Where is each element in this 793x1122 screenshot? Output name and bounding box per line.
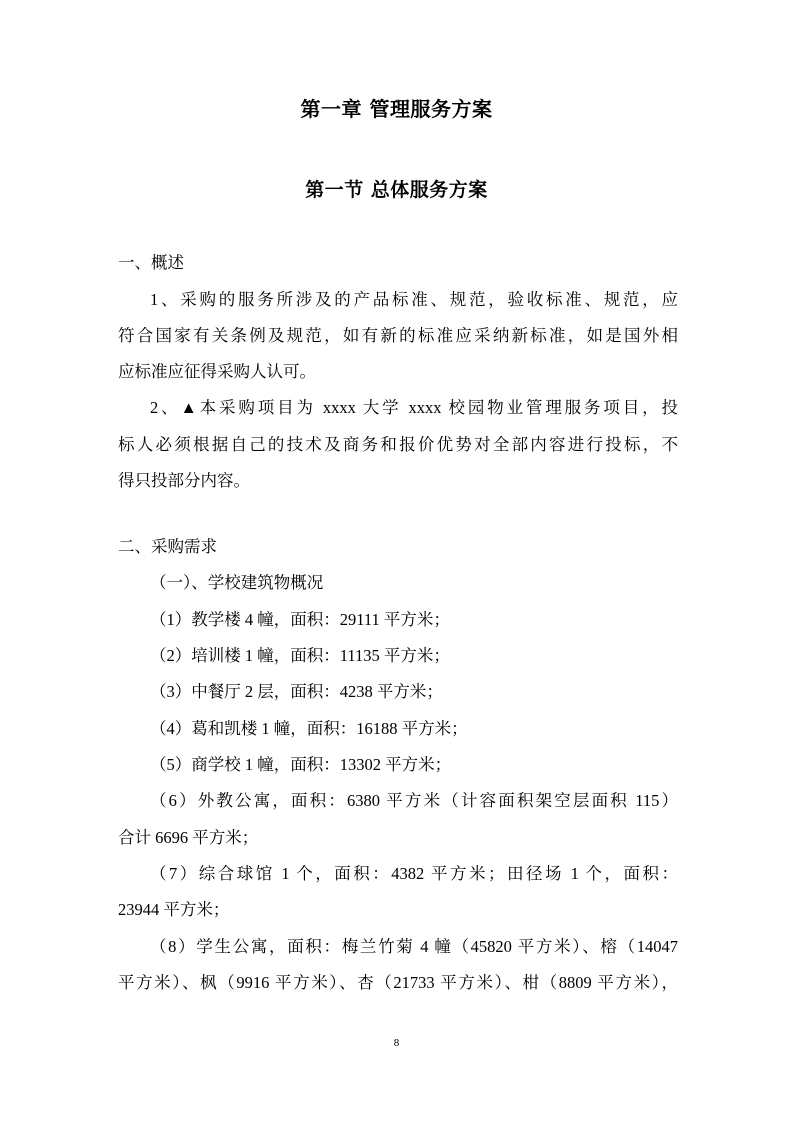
section-heading-requirements: 二、采购需求	[118, 534, 678, 560]
building-item-8-line-2: 平方米）、枫（9916 平方米）、杏（21733 平方米）、柑（8809 平方米…	[118, 970, 678, 996]
subheading-buildings: （一）、学校建筑物概况	[150, 570, 710, 596]
page-number: 8	[0, 1036, 793, 1050]
paragraph-2-line-2: 标人必须根据自己的技术及商务和报价优势对全部内容进行投标，不	[118, 432, 678, 458]
paragraph-1-line-1: 1、采购的服务所涉及的产品标准、规范，验收标准、规范，应	[150, 287, 678, 313]
building-item-1: （1）教学楼 4 幢，面积：29111 平方米；	[150, 607, 710, 633]
paragraph-2-line-1: 2、▲本采购项目为 xxxx 大学 xxxx 校园物业管理服务项目，投	[150, 395, 678, 421]
chapter-title: 第一章 管理服务方案	[0, 94, 793, 124]
section-title: 第一节 总体服务方案	[0, 175, 793, 205]
building-item-3: （3）中餐厅 2 层，面积：4238 平方米；	[150, 679, 710, 705]
building-item-4: （4）葛和凯楼 1 幢，面积：16188 平方米；	[150, 716, 710, 742]
building-item-6-line-2: 合计 6696 平方米；	[118, 825, 678, 851]
building-item-8-line-1: （8）学生公寓，面积：梅兰竹菊 4 幢（45820 平方米）、榕（14047	[150, 934, 678, 960]
paragraph-1-line-3: 应标准应征得采购人认可。	[118, 359, 678, 385]
building-item-7-line-2: 23944 平方米；	[118, 897, 678, 923]
document-page: 第一章 管理服务方案 第一节 总体服务方案 一、概述 1、采购的服务所涉及的产品…	[0, 0, 793, 1122]
paragraph-1-line-2: 符合国家有关条例及规范，如有新的标准应采纳新标准，如是国外相	[118, 323, 678, 349]
building-item-6-line-1: （6）外教公寓，面积：6380 平方米（计容面积架空层面积 115）	[150, 788, 678, 814]
building-item-5: （5）商学校 1 幢，面积：13302 平方米；	[150, 752, 710, 778]
paragraph-2-line-3: 得只投部分内容。	[118, 468, 678, 494]
building-item-2: （2）培训楼 1 幢，面积：11135 平方米；	[150, 643, 710, 669]
building-item-7-line-1: （7）综合球馆 1 个，面积：4382 平方米；田径场 1 个，面积：	[150, 861, 678, 887]
section-heading-overview: 一、概述	[118, 250, 678, 276]
